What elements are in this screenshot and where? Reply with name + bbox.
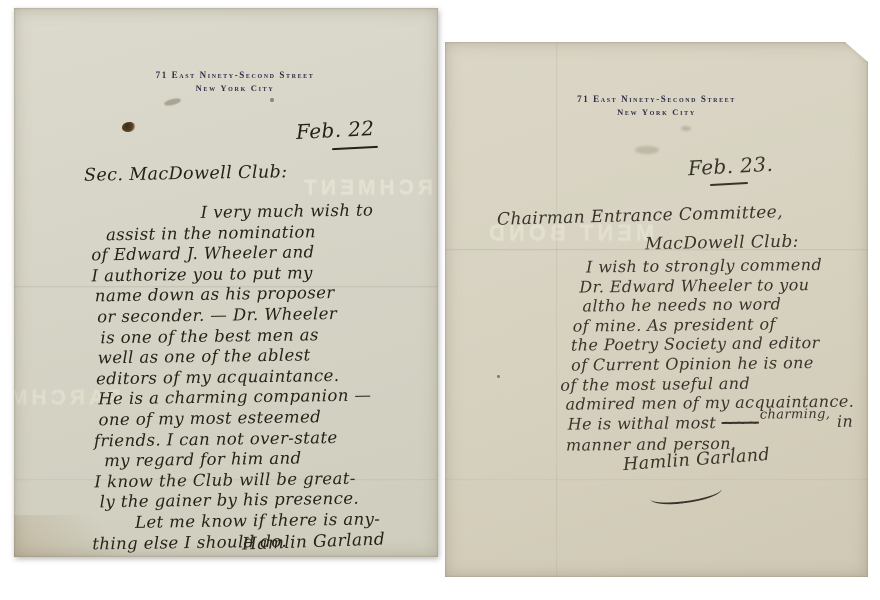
letterhead: 71 East Ninety-Second Street New York Ci…: [445, 94, 868, 117]
letterhead-street-line: 71 East Ninety-Second Street: [445, 94, 868, 104]
ink-stain: [122, 122, 135, 132]
paper-smudge: [635, 146, 659, 154]
fold-crease-horizontal: [445, 478, 868, 481]
recipient-line: Chairman Entrance Committee,: [497, 202, 783, 229]
letter-date: Feb. 23.: [687, 152, 773, 180]
right-letter-paper: MENT BOND 71 East Ninety-Second Street N…: [445, 42, 868, 577]
handwriting-line-amended: He is withal most ~~~charming, in: [568, 411, 868, 436]
amended-suffix: in: [831, 411, 853, 430]
letter-body: I very much wish to assist in the nomina…: [88, 200, 438, 555]
amended-prefix: He is withal most: [568, 413, 722, 434]
recipient-line: MacDowell Club:: [645, 232, 799, 255]
struck-out-word: ~~~: [722, 412, 759, 431]
fold-crease-vertical: [555, 42, 558, 577]
signature-flourish: [649, 481, 723, 508]
date-underline: [710, 182, 748, 186]
paper-smudge: [681, 126, 691, 131]
date-underline: [332, 146, 378, 150]
letterhead-street-line: 71 East Ninety-Second Street: [32, 70, 438, 80]
letterhead-city-line: New York City: [445, 107, 868, 117]
folded-corner: [844, 42, 868, 63]
paper-speck: [497, 375, 500, 378]
letter-body: I wish to strongly commend Dr. Edward Wh…: [574, 254, 868, 455]
letter-date: Feb. 22: [295, 116, 375, 144]
paper-speck: [270, 98, 274, 102]
left-letter-paper: PARCHMENT PARCHMENT 71 East Ninety-Secon…: [14, 8, 438, 557]
paper-smudge: [164, 97, 182, 107]
salutation: Sec. MacDowell Club:: [84, 162, 288, 186]
watermark-text: PARCHMENT: [300, 176, 438, 200]
letterhead-city-line: New York City: [32, 83, 438, 93]
signature: Hamlin Garland: [242, 530, 386, 555]
inserted-word: charming,: [760, 405, 831, 425]
letterhead: 71 East Ninety-Second Street New York Ci…: [14, 70, 438, 93]
